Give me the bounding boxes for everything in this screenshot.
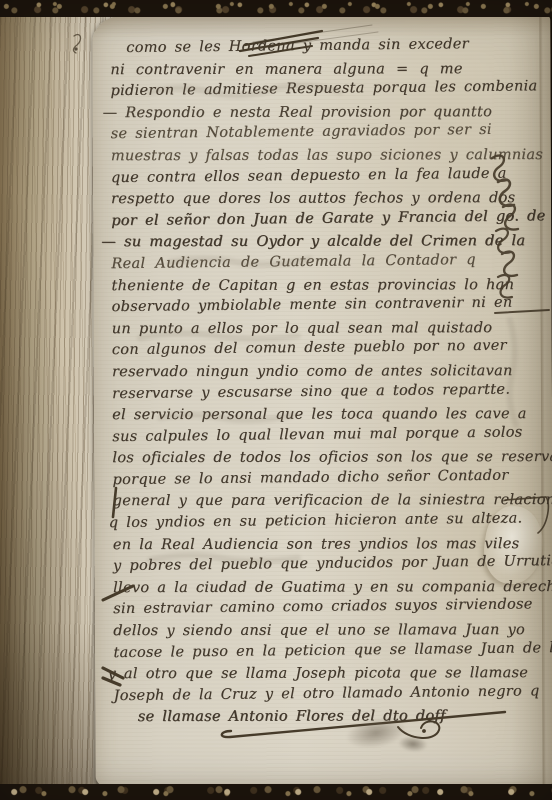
manuscript-line: y pobres del pueblo que ynducidos por Ju… [113, 551, 543, 577]
manuscript-line: que contra ellos sean depuesto en la fea… [111, 163, 541, 189]
manuscript-line: observado ymbiolable mente sin contraven… [111, 292, 541, 318]
manuscript-line: Real Audiencia de Guatemala la Contador … [111, 249, 541, 275]
manuscript-line: como se les Hordena y manda sin exceder [126, 33, 540, 59]
manuscript-line: pidieron le admitiese Respuesta porqua l… [110, 76, 540, 102]
manuscript-line: q los yndios en su peticion hicieron ant… [109, 508, 543, 535]
manuscript-line: Joseph de la Cruz y el otro llamado Anto… [114, 681, 544, 707]
handwriting-block: como se les Hordena y manda sin exceder … [110, 36, 544, 729]
manuscript-line: sin estraviar camino como criados suyos … [113, 595, 543, 621]
manuscript-line: con algunos del comun deste pueblo por n… [112, 336, 542, 362]
manuscript-line: por el señor don Juan de Garate y Franci… [111, 206, 541, 232]
book-cover-top-edge [0, 0, 552, 17]
manuscript-line: se llamase Antonio Flores del dto doff [138, 706, 544, 729]
book-cover-bottom-edge [0, 784, 552, 800]
manuscript-line: sus calpules lo qual llevan mui mal porq… [112, 422, 542, 448]
manuscript-line: porque se lo ansi mandado dicho señor Co… [112, 465, 542, 491]
manuscript-photo: como se les Hordena y manda sin exceder … [0, 0, 552, 800]
manuscript-line: tacose le puso en la peticion que se lla… [113, 638, 543, 664]
manuscript-line: reservarse y escusarse sino que a todos … [112, 379, 542, 405]
manuscript-line: se sientran Notablemente agraviados por … [111, 120, 541, 146]
